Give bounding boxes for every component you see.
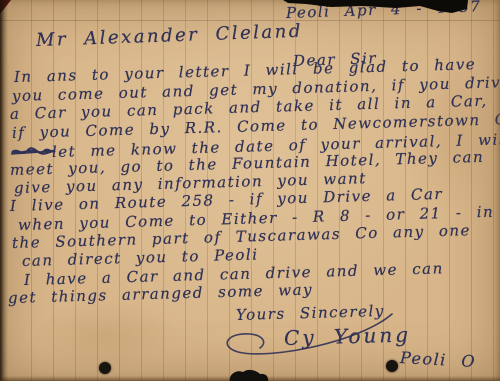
signature-place: Peoli O — [400, 348, 477, 371]
scribbled-out-word — [10, 144, 56, 160]
right-edge-shading — [494, 0, 500, 381]
signature: Cy Young — [284, 322, 412, 350]
ink-blot-bottom-center — [226, 368, 270, 381]
punch-hole-right — [386, 360, 398, 372]
torn-top-edge-black-backing — [0, 0, 500, 16]
punch-hole-left — [99, 362, 111, 374]
handwritten-letter-photo: Peoli Apr 4 - 1937 Mr Alexander Cleland … — [0, 0, 500, 381]
dark-left-edge — [0, 0, 8, 381]
